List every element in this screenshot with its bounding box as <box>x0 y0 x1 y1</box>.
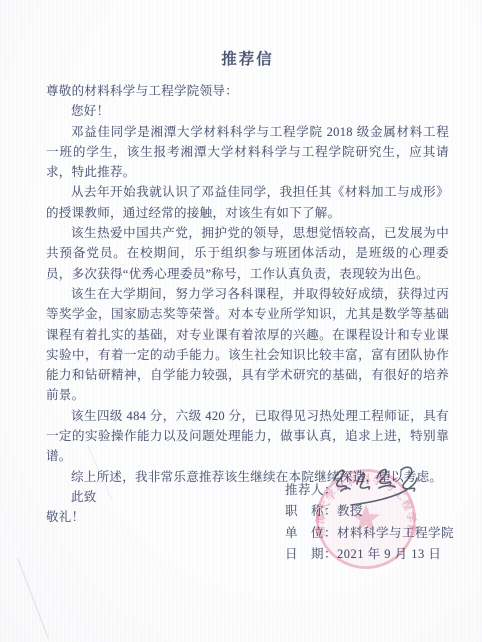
scan-crease <box>17 558 49 639</box>
body-paragraph: 从去年开始我就认识了邓益佳同学，我担任其《材料加工与成形》的授课教师，通过经常的… <box>46 182 449 223</box>
salutation-line: 尊敬的材料科学与工程学院领导： <box>46 81 449 101</box>
greeting-line: 您好！ <box>46 101 449 121</box>
letter-title: 推荐信 <box>46 49 449 70</box>
body-paragraph: 该生在大学期间，努力学习各科课程，并取得较好成绩，获得过丙等奖学金，国家励志奖等… <box>46 284 449 406</box>
body-paragraph: 邓益佳同学是湘潭大学材料科学与工程学院 2018 级金属材料工程一班的学生，该生… <box>46 122 449 183</box>
recommendation-letter-page: 推荐信 尊敬的材料科学与工程学院领导： 您好！ 邓益佳同学是湘潭大学材料科学与工… <box>0 0 482 642</box>
letter-content: 推荐信 尊敬的材料科学与工程学院领导： 您好！ 邓益佳同学是湘潭大学材料科学与工… <box>46 49 449 528</box>
handwritten-signature <box>327 458 427 508</box>
body-paragraph: 该生热爱中国共产党，拥护党的领导，思想觉悟较高，已发展为中共预备党员。在校期间，… <box>46 223 449 284</box>
